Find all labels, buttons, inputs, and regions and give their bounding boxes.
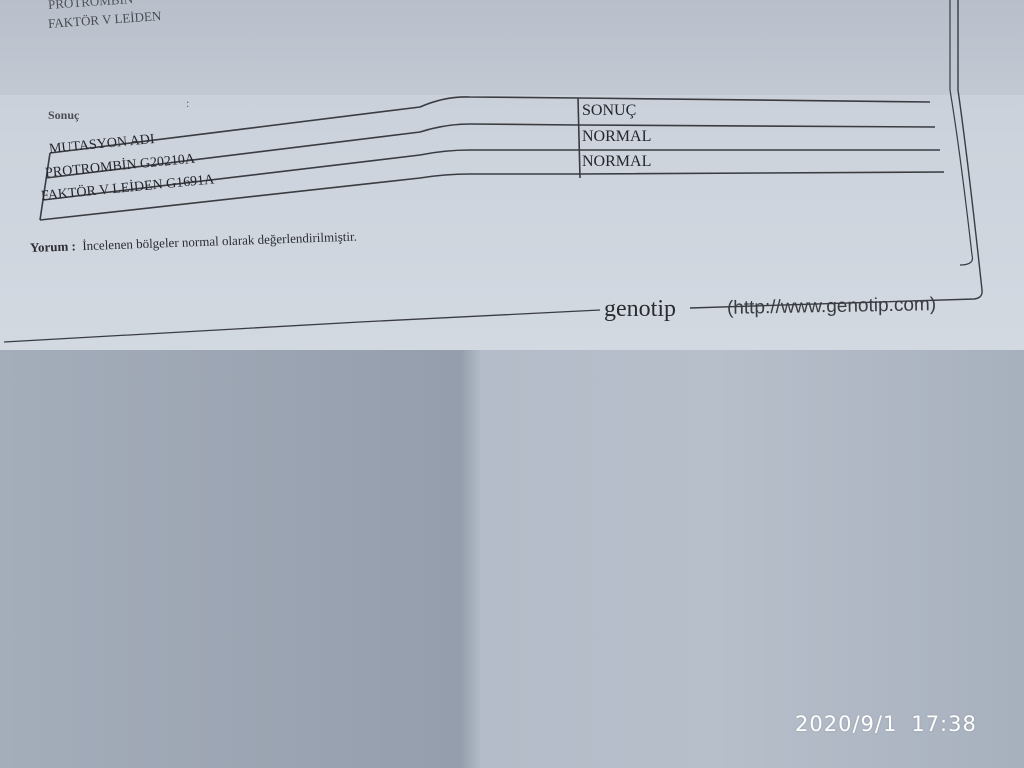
- camera-timestamp: 2020/9/117:38: [795, 712, 977, 736]
- genotip-logo: genotip: [604, 296, 676, 323]
- mutation-column: MUTASYON ADI PROTROMBİN G20210A FAKTÖR V…: [40, 96, 580, 226]
- table-header-result: SONUÇ: [582, 102, 636, 120]
- timestamp-date: 2020/9/1: [795, 712, 897, 736]
- result-column: SONUÇ NORMAL NORMAL: [578, 96, 948, 180]
- timestamp-time: 17:38: [911, 712, 977, 736]
- table-row-result: NORMAL: [582, 153, 651, 171]
- table-row-result: NORMAL: [582, 128, 651, 146]
- comment-label: Yorum :: [30, 238, 76, 255]
- website-url: (http://www.genotip.com): [727, 294, 936, 320]
- table-header-mutation: MUTASYON ADI: [48, 132, 155, 158]
